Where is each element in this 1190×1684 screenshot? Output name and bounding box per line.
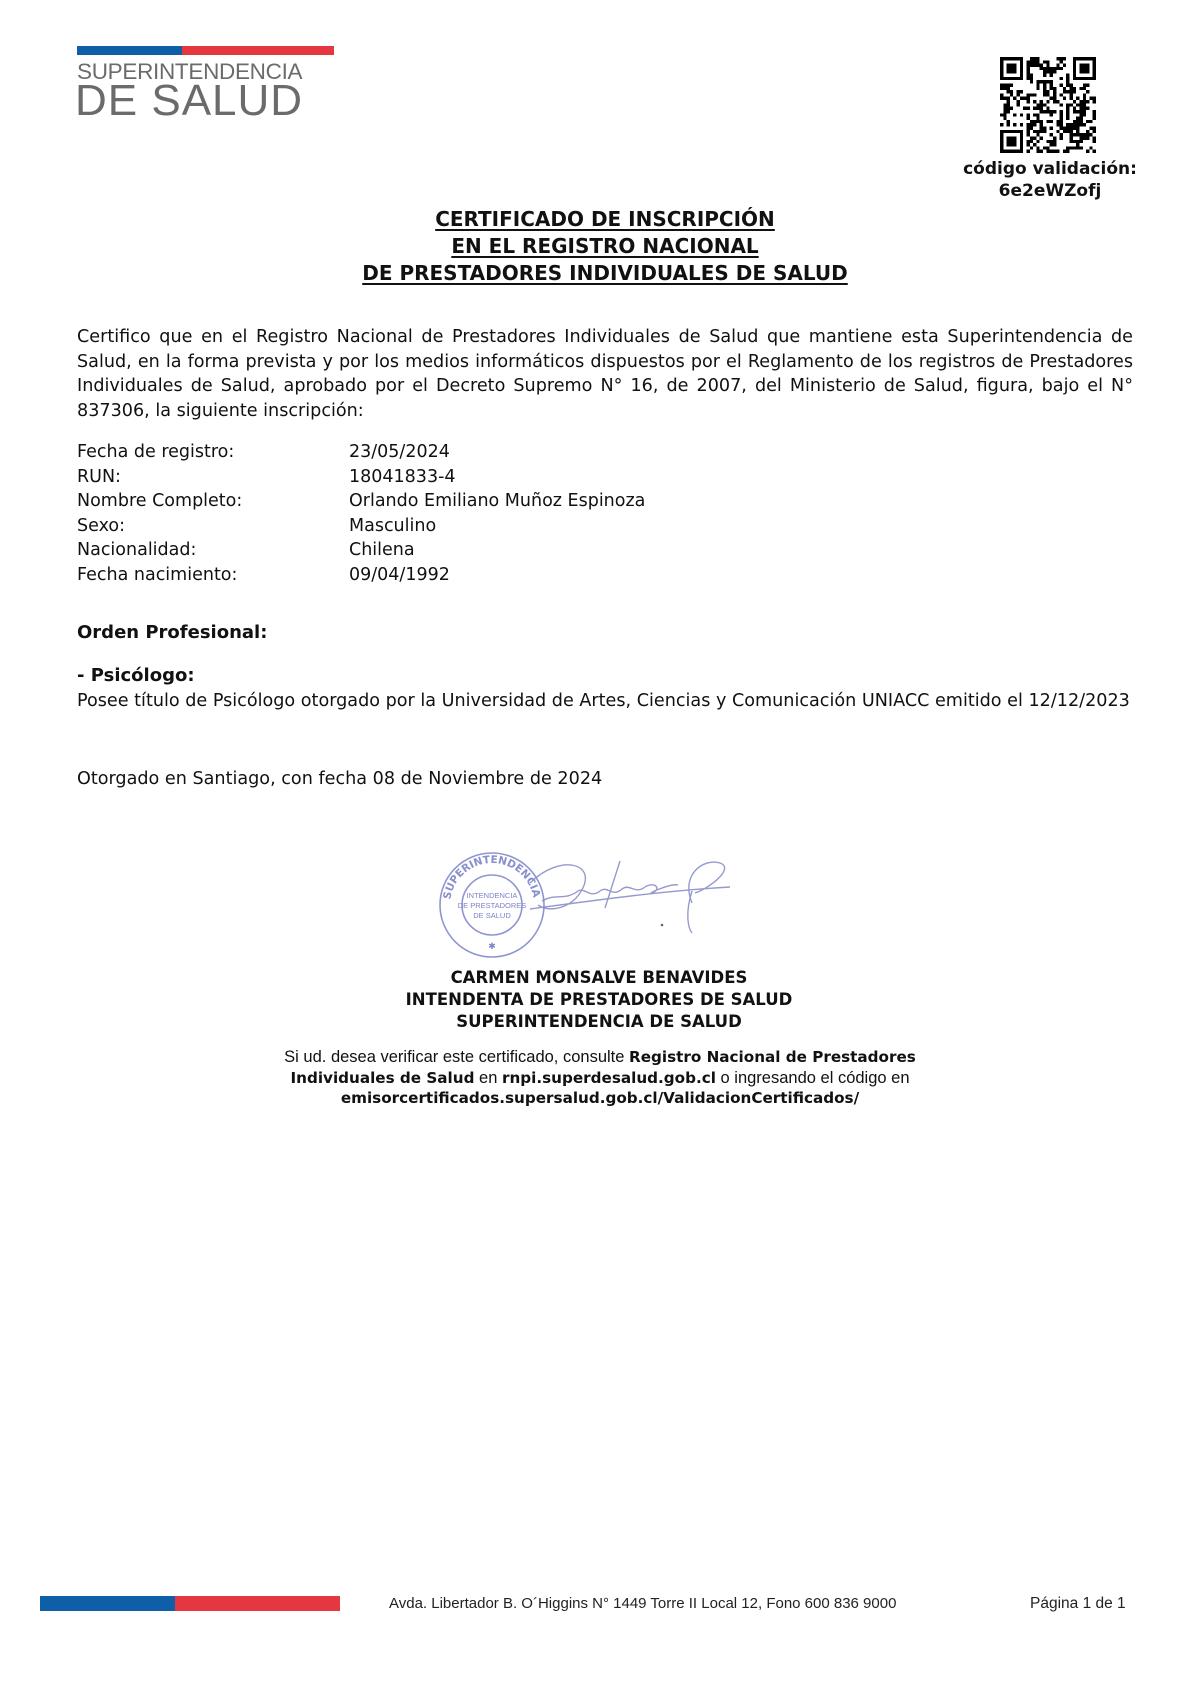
registration-fields: Fecha de registro:23/05/2024 RUN:1804183…	[77, 440, 645, 588]
svg-text:✱: ✱	[488, 942, 496, 952]
signer-org: SUPERINTENDENCIA DE SALUD	[0, 1011, 1190, 1033]
svg-text:DE SALUD: DE SALUD	[473, 911, 511, 920]
flag-bar	[77, 46, 334, 55]
validation-url-link[interactable]: emisorcertificados.supersalud.gob.cl/Val…	[341, 1089, 859, 1107]
svg-text:INTENDENCIA: INTENDENCIA	[467, 891, 518, 900]
signature-stamp: SUPERINTENDENCIA DE SALUD INTENDENCIA DE…	[430, 843, 760, 963]
handwritten-signature-icon	[530, 861, 730, 933]
svg-text:DE PRESTADORES: DE PRESTADORES	[458, 901, 527, 910]
signer-role: INTENDENTA DE PRESTADORES DE SALUD	[0, 989, 1190, 1011]
field-row: Fecha de registro:23/05/2024	[77, 440, 645, 465]
page-number: Página 1 de 1	[1030, 1595, 1126, 1613]
validation-code: 6e2eWZofj	[950, 180, 1150, 202]
signer-name: CARMEN MONSALVE BENAVIDES	[0, 967, 1190, 989]
field-label: Nombre Completo:	[77, 489, 349, 514]
footer-address: Avda. Libertador B. O´Higgins N° 1449 To…	[389, 1595, 896, 1612]
superintendencia-logo: SUPERINTENDENCIA DE SALUD	[77, 46, 334, 119]
title-line1: CERTIFICADO DE INSCRIPCIÓN	[0, 206, 1190, 233]
registry-name-cont: Individuales de Salud	[291, 1069, 475, 1087]
field-row: Nacionalidad:Chilena	[77, 538, 645, 563]
field-value: 09/04/1992	[349, 563, 450, 588]
field-label: RUN:	[77, 465, 349, 490]
field-row: Nombre Completo:Orlando Emiliano Muñoz E…	[77, 489, 645, 514]
profession-description: Posee título de Psicólogo otorgado por l…	[77, 689, 1133, 714]
field-row: RUN:18041833-4	[77, 465, 645, 490]
footer-flag-bar	[40, 1596, 340, 1611]
field-label: Fecha nacimiento:	[77, 563, 349, 588]
field-row: Sexo:Masculino	[77, 514, 645, 539]
granted-statement: Otorgado en Santiago, con fecha 08 de No…	[77, 769, 602, 789]
field-value: 18041833-4	[349, 465, 456, 490]
title-line3: DE PRESTADORES INDIVIDUALES DE SALUD	[0, 260, 1190, 287]
field-label: Nacionalidad:	[77, 538, 349, 563]
profession-name: - Psicólogo:	[77, 665, 195, 686]
validation-block: código validación: 6e2eWZofj	[950, 158, 1150, 202]
field-value: Chilena	[349, 538, 415, 563]
verify-text: o ingresando el código en	[716, 1069, 910, 1087]
signer-block: CARMEN MONSALVE BENAVIDES INTENDENTA DE …	[0, 967, 1190, 1033]
qr-code-icon	[1000, 57, 1096, 153]
field-value: 23/05/2024	[349, 440, 450, 465]
field-row: Fecha nacimiento:09/04/1992	[77, 563, 645, 588]
verification-notice: Si ud. desea verificar este certificado,…	[0, 1047, 1190, 1109]
logo-line2: DE SALUD	[75, 83, 334, 119]
field-value: Masculino	[349, 514, 436, 539]
intro-paragraph: Certifico que en el Registro Nacional de…	[77, 325, 1133, 423]
field-label: Fecha de registro:	[77, 440, 349, 465]
validation-label: código validación:	[950, 158, 1150, 180]
verify-text: Si ud. desea verificar este certificado,…	[284, 1048, 629, 1066]
field-value: Orlando Emiliano Muñoz Espinoza	[349, 489, 645, 514]
verify-text: en	[474, 1069, 502, 1087]
field-label: Sexo:	[77, 514, 349, 539]
rnpi-link[interactable]: rnpi.superdesalud.gob.cl	[502, 1069, 716, 1087]
certificate-title: CERTIFICADO DE INSCRIPCIÓN EN EL REGISTR…	[0, 206, 1190, 287]
professional-heading: Orden Profesional:	[77, 622, 267, 643]
registry-name: Registro Nacional de Prestadores	[629, 1048, 916, 1066]
title-line2: EN EL REGISTRO NACIONAL	[0, 233, 1190, 260]
